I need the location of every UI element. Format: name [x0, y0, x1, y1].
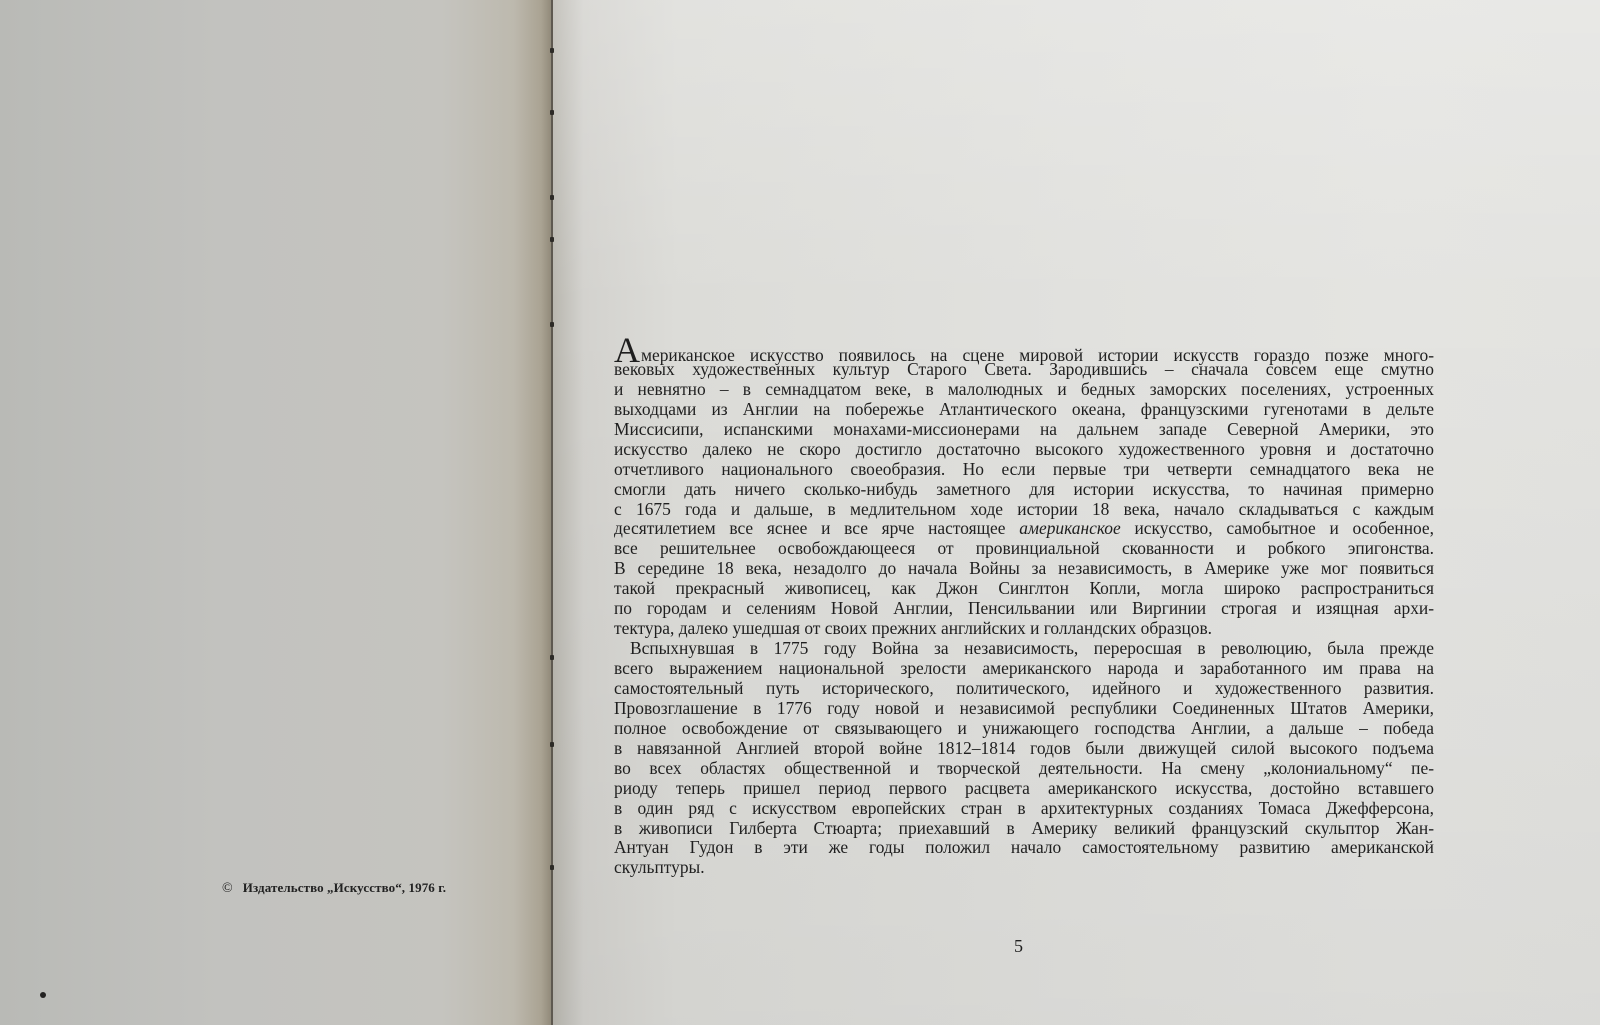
text-line: все решительнее освобождающееся от прови… — [614, 539, 1434, 559]
text-line: отчетливого национального своеобразия. Н… — [614, 460, 1434, 480]
left-page: ©Издательство „Искусство“, 1976 г. — [0, 0, 552, 1025]
text-line: Миссисипи, испанскими монахами-миссионер… — [614, 420, 1434, 440]
text-line: с 1675 года и дальше, в медлительном ход… — [614, 500, 1434, 520]
copyright-text: Издательство „Искусство“, 1976 г. — [243, 880, 446, 895]
copyright-notice: ©Издательство „Искусство“, 1976 г. — [222, 880, 446, 897]
text-line: тектура, далеко ушедшая от своих прежних… — [614, 619, 1434, 639]
binding-stitch — [550, 48, 554, 53]
text-line: всего выражением национальной зрелости а… — [614, 659, 1434, 679]
text-line: Американское искусство появилось на сцен… — [614, 340, 1434, 360]
text-line: скульптуры. — [614, 858, 1434, 878]
text-line: в живописи Гилберта Стюарта; приехавший … — [614, 819, 1434, 839]
book-spread: ©Издательство „Искусство“, 1976 г. Амери… — [0, 0, 1600, 1025]
text-line: такой прекрасный живописец, как Джон Син… — [614, 579, 1434, 599]
text-line: десятилетием все яснее и все ярче настоя… — [614, 519, 1434, 539]
italic-emphasis: американское — [1019, 518, 1121, 538]
text-line: по городам и селениям Новой Англии, Пенс… — [614, 599, 1434, 619]
page-number: 5 — [1014, 936, 1023, 957]
text-line: вековых художественных культур Старого С… — [614, 360, 1434, 380]
article-body: Американское искусство появилось на сцен… — [614, 340, 1434, 878]
paper-speck — [40, 992, 46, 998]
binding-stitch — [550, 655, 554, 660]
text-line: смогли дать ничего сколько-нибудь заметн… — [614, 480, 1434, 500]
binding-stitch — [550, 237, 554, 242]
binding-stitch — [550, 195, 554, 200]
text-line: полное освобождение от связывающего и ун… — [614, 719, 1434, 739]
text-line: в навязанной Англией второй войне 1812–1… — [614, 739, 1434, 759]
text-line: В середине 18 века, незадолго до начала … — [614, 559, 1434, 579]
text-line: во всех областях общественной и творческ… — [614, 759, 1434, 779]
binding-stitch — [550, 742, 554, 747]
text-line: Провозглашение в 1776 году новой и незав… — [614, 699, 1434, 719]
text-line: самостоятельный путь исторического, поли… — [614, 679, 1434, 699]
binding-stitch — [550, 322, 554, 327]
text-line: искусство далеко не скоро достигло доста… — [614, 440, 1434, 460]
text-line: и невнятно – в семнадцатом веке, в малол… — [614, 380, 1434, 400]
book-gutter — [551, 0, 553, 1025]
binding-stitch — [550, 865, 554, 870]
paragraph-2: Вспыхнувшая в 1775 году Война за независ… — [614, 639, 1434, 878]
text-line: в один ряд с искусством европейских стра… — [614, 799, 1434, 819]
text-line: Вспыхнувшая в 1775 году Война за независ… — [614, 639, 1434, 659]
text-line: выходцами из Англии на побережье Атланти… — [614, 400, 1434, 420]
binding-stitch — [550, 110, 554, 115]
copyright-icon: © — [222, 881, 233, 896]
paragraph-1: Американское искусство появилось на сцен… — [614, 340, 1434, 639]
text-line: Антуан Гудон в эти же годы положил начал… — [614, 838, 1434, 858]
text-line: риоду теперь пришел период первого расцв… — [614, 779, 1434, 799]
